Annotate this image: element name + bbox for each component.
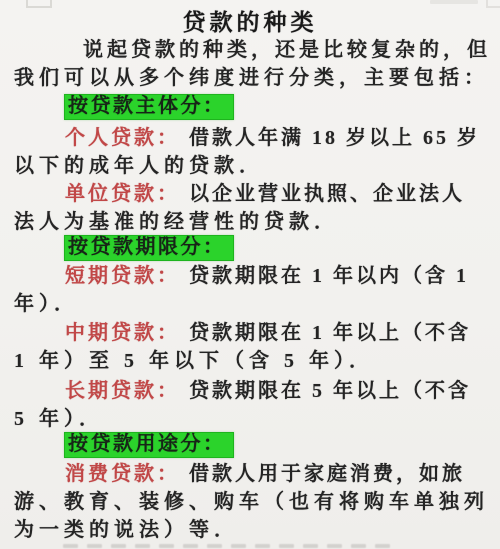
medium-term-loan-term: 中期贷款： <box>65 322 180 344</box>
consumer-loan-term: 消费贷款： <box>65 463 180 485</box>
line-text: 贷款期限在 1 年以内（含 1 <box>189 265 469 287</box>
page-title: 贷款的种类 <box>0 4 500 37</box>
short-term-loan-term: 短期贷款： <box>65 265 180 287</box>
line-text: 贷款期限在 5 年以上（不含 <box>189 380 471 402</box>
section-header-by-term: 按贷款期限分： <box>64 235 234 261</box>
section-header-by-subject: 按贷款主体分： <box>64 94 234 120</box>
medium-term-loan-line-1: 中期贷款：贷款期限在 1 年以上（不含 <box>65 322 471 344</box>
consumer-loan-line-1: 消费贷款：借款人用于家庭消费，如旅 <box>65 463 465 485</box>
section-header-by-purpose: 按贷款用途分： <box>64 432 234 458</box>
consumer-loan-line-2: 游、教育、装修、购车（也有将购车单独列 <box>14 491 489 513</box>
line-text: 游、教育、装修、购车（也有将购车单独列 <box>14 491 489 513</box>
long-term-loan-line-1: 长期贷款：贷款期限在 5 年以上（不含 <box>65 380 471 402</box>
document-page: 贷款的种类 说起贷款的种类，还是比较复杂的，但 我们可以从多个纬度进行分类，主要… <box>0 0 500 549</box>
line-text: 5 年）． <box>14 408 104 430</box>
line-text: 1 年）至 5 年以下（含 5 年）． <box>14 350 374 372</box>
line-text: 我们可以从多个纬度进行分类，主要包括： <box>14 67 489 89</box>
intro-line-2: 我们可以从多个纬度进行分类，主要包括： <box>14 67 489 89</box>
line-text: 借款人年满 18 岁以上 65 岁 <box>189 127 480 149</box>
short-term-loan-line-2: 年）． <box>14 293 79 315</box>
line-text: 为一类的说法）等． <box>14 519 239 541</box>
line-text: 借款人用于家庭消费，如旅 <box>189 463 465 485</box>
line-text: 年）． <box>14 293 79 315</box>
intro-line-1: 说起贷款的种类，还是比较复杂的，但 <box>83 39 491 61</box>
long-term-loan-line-2: 5 年）． <box>14 408 104 430</box>
unit-loan-line-1: 单位贷款：以企业营业执照、企业法人 <box>65 183 465 205</box>
personal-loan-line-1: 个人贷款：借款人年满 18 岁以上 65 岁 <box>65 127 480 149</box>
cropped-next-line-artifact <box>63 544 435 549</box>
line-text: 贷款期限在 1 年以上（不含 <box>189 322 471 344</box>
line-text: 说起贷款的种类，还是比较复杂的，但 <box>83 39 491 61</box>
medium-term-loan-line-2: 1 年）至 5 年以下（含 5 年）． <box>14 350 374 372</box>
line-text: 以下的成年人的贷款． <box>14 155 264 177</box>
unit-loan-line-2: 法人为基准的经营性的贷款． <box>14 211 339 233</box>
short-term-loan-line-1: 短期贷款：贷款期限在 1 年以内（含 1 <box>65 265 469 287</box>
unit-loan-term: 单位贷款： <box>65 183 180 205</box>
personal-loan-line-2: 以下的成年人的贷款． <box>14 155 264 177</box>
personal-loan-term: 个人贷款： <box>65 127 180 149</box>
long-term-loan-term: 长期贷款： <box>65 380 180 402</box>
consumer-loan-line-3: 为一类的说法）等． <box>14 519 239 541</box>
line-text: 以企业营业执照、企业法人 <box>189 183 465 205</box>
line-text: 法人为基准的经营性的贷款． <box>14 211 339 233</box>
